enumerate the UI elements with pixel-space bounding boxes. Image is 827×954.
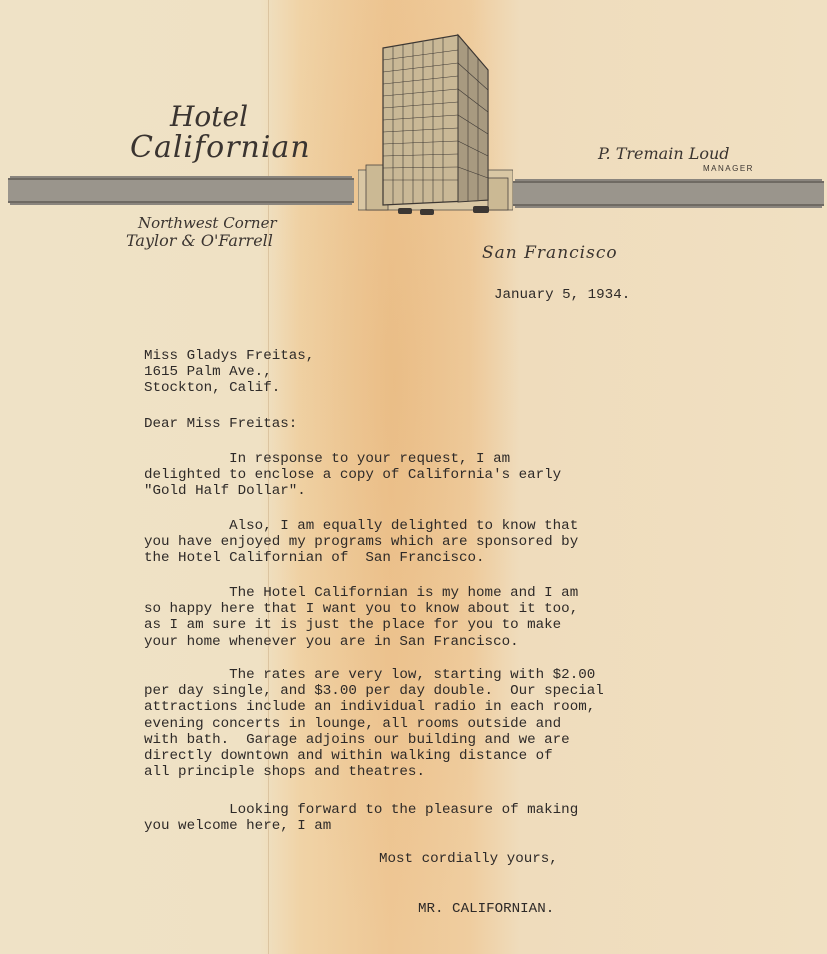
letterhead-band-right bbox=[513, 181, 824, 206]
paragraph-5: Looking forward to the pleasure of makin… bbox=[144, 802, 578, 834]
paragraph-2: Also, I am equally delighted to know tha… bbox=[144, 518, 578, 567]
signature: MR. CALIFORNIAN. bbox=[418, 901, 554, 917]
salutation: Dear Miss Freitas: bbox=[144, 416, 297, 432]
recipient-name: Miss Gladys Freitas, bbox=[144, 348, 314, 364]
recipient-street: 1615 Palm Ave., bbox=[144, 364, 272, 380]
hotel-building-icon bbox=[358, 30, 513, 220]
address-line1: Northwest Corner bbox=[138, 214, 277, 232]
recipient-city: Stockton, Calif. bbox=[144, 380, 280, 396]
hotel-name-line1: Hotel bbox=[170, 100, 248, 133]
paragraph-3: The Hotel Californian is my home and I a… bbox=[144, 585, 578, 650]
closing: Most cordially yours, bbox=[379, 851, 558, 867]
letter-date: January 5, 1934. bbox=[494, 287, 630, 303]
hotel-name-line2: Californian bbox=[130, 130, 311, 165]
paragraph-4: The rates are very low, starting with $2… bbox=[144, 667, 604, 780]
manager-title: MANAGER bbox=[703, 164, 754, 173]
paragraph-1: In response to your request, I am deligh… bbox=[144, 451, 561, 500]
letterhead-band-left bbox=[8, 178, 354, 203]
manager-name: P. Tremain Loud bbox=[598, 144, 730, 163]
address-line2: Taylor & O'Farrell bbox=[126, 231, 273, 250]
letterhead-city: San Francisco bbox=[482, 243, 618, 263]
